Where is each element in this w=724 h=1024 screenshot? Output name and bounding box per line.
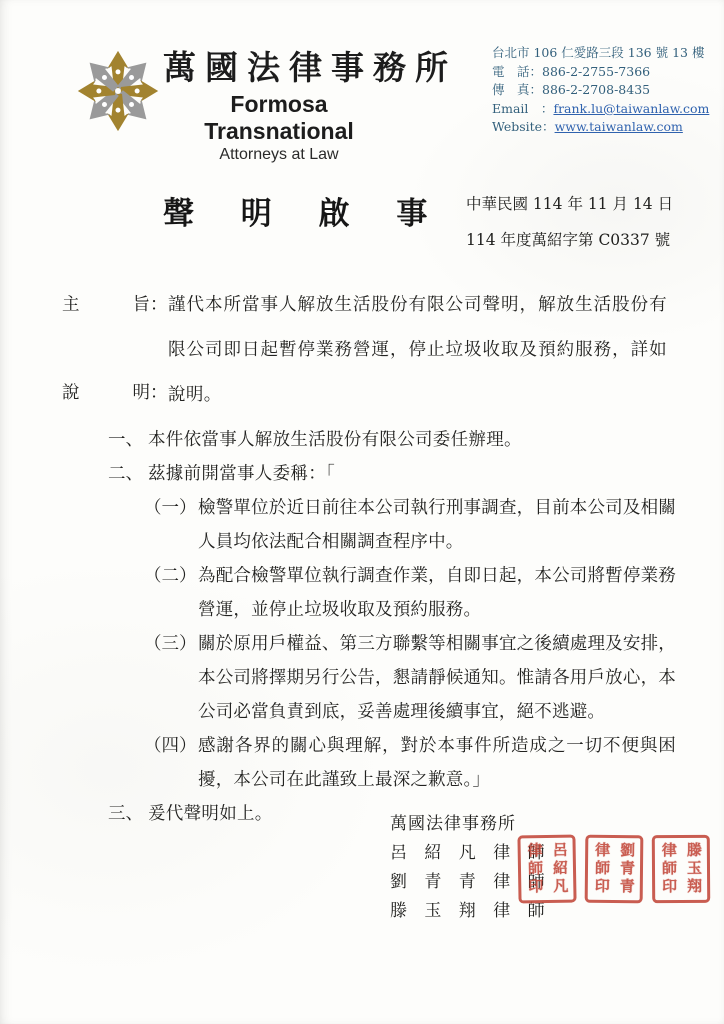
subitem-text: 檢警單位於近日前往本公司執行刑事調查，目前本公司及相關人員均依法配合相關調查程序… xyxy=(198,491,676,559)
phone-value: 886-2-2755-7366 xyxy=(542,64,650,79)
explanation-label: 說 明 xyxy=(62,376,150,410)
firm-name-en: Formosa Transnational xyxy=(163,91,395,145)
contact-phone-row: 電 話：886-2-2755-7366 xyxy=(492,63,717,82)
statement-subitem-4: （四） 感謝各界的關心與理解，對於本事件所造成之一切不便與困擾，本公司在此謹致上… xyxy=(144,729,676,797)
statement-item-2: 二、 茲據前開當事人委稱：「 xyxy=(108,457,676,491)
statement-subitem-1: （一） 檢警單位於近日前往本公司執行刑事調查，目前本公司及相關人員均依法配合相關… xyxy=(144,491,676,559)
item-marker: 三、 xyxy=(108,797,148,831)
item-marker: 一、 xyxy=(108,423,148,457)
website-label: Website： xyxy=(492,119,555,134)
lawyer-seals: 呂紹凡律師印 劉青青律師印 滕玉翔律師印 xyxy=(518,835,710,903)
letterhead: 萬國法律事務所 Formosa Transnational Attorneys … xyxy=(163,42,463,164)
statement-document-page: 萬國法律事務所 Formosa Transnational Attorneys … xyxy=(0,0,724,1024)
contact-fax-row: 傳 真：886-2-2708-8435 xyxy=(492,81,717,100)
explanation-label-b: 明 xyxy=(133,376,151,410)
lawyer-seal-1: 呂紹凡律師印 xyxy=(517,834,576,903)
lawyer-seal-3: 滕玉翔律師印 xyxy=(652,835,710,903)
subitem-text: 感謝各界的關心與理解，對於本事件所造成之一切不便與困擾，本公司在此謹致上最深之歉… xyxy=(198,729,676,797)
date-reference-block: 中華民國 114 年 11 月 14 日 114 年度萬紹字第 C0337 號 xyxy=(466,186,673,258)
statement-subitem-3: （三） 關於原用戶權益、第三方聯繫等相關事宜之後續處理及安排，本公司將擇期另行公… xyxy=(144,627,676,729)
page-title: 聲 明 啟 事 xyxy=(163,188,445,233)
explanation-label-a: 說 xyxy=(62,376,80,410)
contact-email-row: Email ：frank.lu@taiwanlaw.com xyxy=(492,100,717,119)
subitem-marker: （二） xyxy=(144,559,198,627)
item-text: 茲據前開當事人委稱：「 xyxy=(148,457,676,491)
explanation-section: 說 明 ： 一、 本件依當事人解放生活股份有限公司委任辦理。 二、 茲據前開當事… xyxy=(62,376,676,831)
explanation-list: 一、 本件依當事人解放生活股份有限公司委任辦理。 二、 茲據前開當事人委稱：「 … xyxy=(62,423,676,831)
contact-block: 台北市 106 仁愛路三段 136 號 13 樓 電 話：886-2-2755-… xyxy=(492,44,717,137)
contact-address: 台北市 106 仁愛路三段 136 號 13 樓 xyxy=(492,44,717,63)
explanation-colon: ： xyxy=(150,376,168,410)
email-link[interactable]: frank.lu@taiwanlaw.com xyxy=(553,101,709,116)
contact-website-row: Website：www.taiwanlaw.com xyxy=(492,118,717,137)
subitem-text: 為配合檢警單位執行調查作業，自即日起，本公司將暫停業務營運，並停止垃圾收取及預約… xyxy=(198,559,676,627)
explanation-header: 說 明 ： xyxy=(62,376,676,410)
subitem-marker: （四） xyxy=(144,729,198,797)
document-reference: 114 年度萬紹字第 C0337 號 xyxy=(466,222,673,258)
item-marker: 二、 xyxy=(108,457,148,491)
fax-value: 886-2-2708-8435 xyxy=(542,82,650,97)
fax-label: 傳 真： xyxy=(492,82,542,97)
statement-subitem-2: （二） 為配合檢警單位執行調查作業，自即日起，本公司將暫停業務營運，並停止垃圾收… xyxy=(144,559,676,627)
firm-tagline: Attorneys at Law xyxy=(163,146,395,164)
document-date: 中華民國 114 年 11 月 14 日 xyxy=(466,186,673,222)
subitem-marker: （三） xyxy=(144,627,198,729)
lawyer-seal-2: 劉青青律師印 xyxy=(585,835,644,904)
email-label: Email ： xyxy=(492,101,553,116)
website-link[interactable]: www.taiwanlaw.com xyxy=(555,119,683,134)
firm-name-zh: 萬國法律事務所 xyxy=(163,42,463,89)
firm-logo-icon xyxy=(74,44,162,138)
statement-item-1: 一、 本件依當事人解放生活股份有限公司委任辦理。 xyxy=(108,423,676,457)
subitem-text: 關於原用戶權益、第三方聯繫等相關事宜之後續處理及安排，本公司將擇期另行公告，懇請… xyxy=(198,627,676,729)
item-text: 本件依當事人解放生活股份有限公司委任辦理。 xyxy=(148,423,676,457)
subitem-marker: （一） xyxy=(144,491,198,559)
phone-label: 電 話： xyxy=(492,64,542,79)
